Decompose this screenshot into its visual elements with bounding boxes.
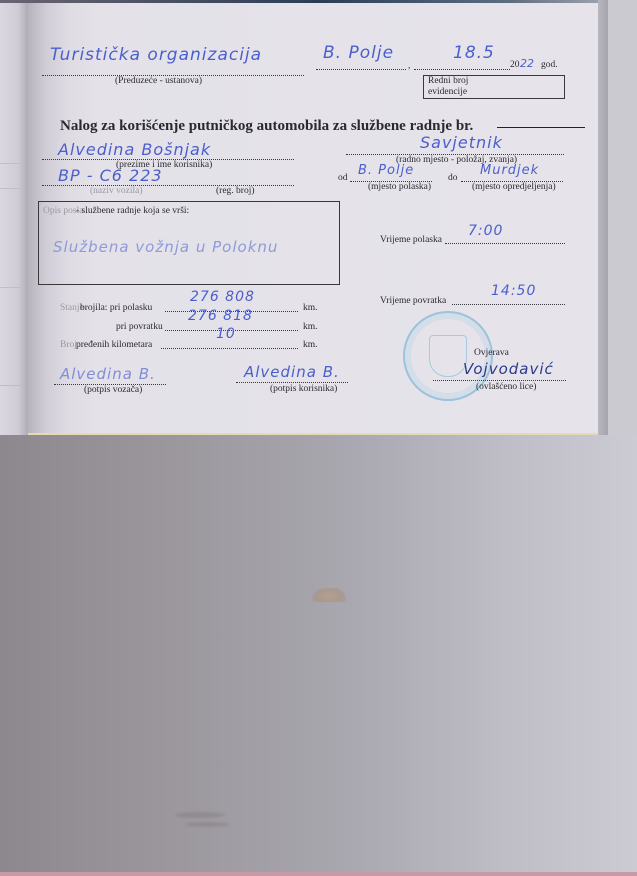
return-time-handwritten: 14:50 (491, 283, 536, 299)
paper-stain (312, 588, 346, 602)
authorized-signature-line (433, 380, 566, 381)
driver-signature-caption: (potpis vozača) (84, 385, 142, 395)
km-distance-label-faded: Broj (60, 340, 77, 350)
km-distance-handwritten: 10 (216, 326, 236, 342)
authorized-caption: (ovlašćeno lice) (476, 382, 536, 392)
page-right-edge (598, 0, 608, 435)
smudge (185, 822, 230, 827)
certifies-label: Ovjerava (474, 348, 509, 358)
registry-number-box[interactable]: Redni broj evidencije (423, 75, 565, 99)
user-signature-caption: (potpis korisnika) (270, 384, 337, 394)
return-time-label: Vrijeme povratka (380, 296, 446, 306)
odometer-start-handwritten: 276 808 (190, 289, 255, 305)
departure-time-label: Vrijeme polaska (380, 235, 442, 245)
registry-label-2: evidencije (428, 87, 467, 97)
to-handwritten: Murdjek (480, 163, 539, 178)
company-caption: (Preduzeće - ustanova) (115, 76, 202, 86)
km-unit-3: km. (303, 340, 318, 350)
from-label: od (338, 173, 348, 183)
from-handwritten: B. Polje (358, 163, 414, 178)
date-handwritten: 18.5 (453, 43, 495, 63)
company-name-handwritten: Turistička organizacija (50, 45, 262, 65)
order-number-line[interactable] (497, 127, 585, 128)
km-distance-label: pređenih kilometara (76, 340, 152, 350)
scanner-background (0, 433, 637, 876)
job-description-box[interactable]: Opis posla - službene radnje koja se vrš… (38, 201, 340, 285)
registry-label-1: Redni broj (428, 76, 468, 86)
driver-signature-handwritten: Alvedina B. (60, 365, 156, 383)
odometer-label: brojila: pri polasku (80, 303, 152, 313)
km-unit-1: km. (303, 303, 318, 313)
to-label: do (448, 173, 458, 183)
return-time-line (452, 304, 565, 305)
travel-order-form: Turistička organizacija (Preduzeće - ust… (28, 3, 598, 435)
date-line (414, 69, 510, 70)
scanner-right (608, 0, 637, 435)
km-unit-2: km. (303, 322, 318, 332)
year-handwritten: 22 (520, 57, 534, 70)
user-signature-line (236, 382, 348, 383)
km-distance-line (161, 348, 298, 349)
job-handwritten: Službena vožnja u Poloknu (53, 238, 278, 256)
place-line (316, 69, 406, 70)
god-label: god. (541, 60, 558, 70)
form-title: Nalog za korišćenje putničkog automobila… (60, 118, 473, 135)
to-caption: (mjesto opredjeljenja) (472, 182, 556, 192)
position-handwritten: Savjetnik (420, 133, 503, 152)
from-caption: (mjesto polaska) (368, 182, 431, 192)
vehicle-line (42, 185, 294, 186)
comma: , (408, 61, 410, 71)
odometer-return-label: pri povratku (116, 322, 163, 332)
vehicle-handwritten: BP - C6 223 (58, 166, 163, 185)
underlying-page (0, 0, 30, 435)
odometer-end-handwritten: 276 818 (188, 308, 253, 324)
job-label: - službene radnje koja se vrši: (76, 206, 189, 216)
authorized-signature-handwritten: Vojvodavić (463, 360, 554, 378)
reg-caption: (reg. broj) (216, 186, 255, 196)
user-signature-handwritten: Alvedina B. (244, 363, 340, 381)
user-name-handwritten: Alvedina Bošnjak (58, 140, 211, 159)
bottom-edge (0, 872, 637, 876)
year-printed: 20 (510, 60, 520, 70)
departure-time-handwritten: 7:00 (468, 223, 503, 239)
place-handwritten: B. Polje (323, 43, 394, 63)
smudge (175, 812, 225, 818)
vehicle-caption: (naziv vozila) (90, 186, 143, 196)
departure-time-line (445, 243, 565, 244)
